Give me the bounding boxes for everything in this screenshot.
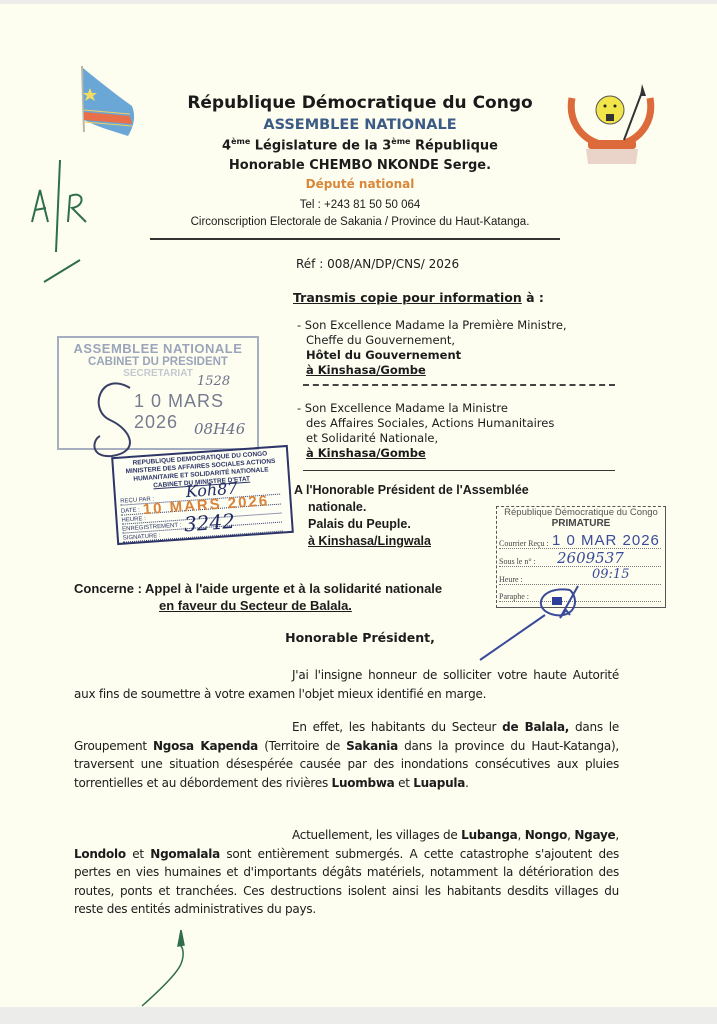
deputy-title: Député national (130, 177, 590, 191)
deputy-name: Honorable CHEMBO NKONDE Serge. (130, 158, 590, 173)
ministere-reception-stamp: REPUBLIQUE DEMOCRATIQUE DU CONGO MINISTE… (111, 445, 294, 545)
paragraph-3: Actuellement, les villages de Lubanga, N… (74, 826, 619, 919)
addressee-block: A l'Honorable Président de l'Assemblée n… (294, 482, 529, 550)
legislature-line: 4ème Législature de la 3ème République (130, 137, 590, 153)
salutation: Honorable Président, (60, 630, 660, 645)
recipient-1: - Son Excellence Madame la Première Mini… (297, 318, 567, 378)
stamp-time: 08H46 (194, 420, 245, 438)
margin-note-ar-icon (32, 160, 86, 282)
transmis-heading: Transmis copie pour information à : (293, 290, 544, 305)
paragraph-1: J'ai l'insigne honneur de solliciter vot… (74, 666, 619, 703)
assemblee-reception-stamp: ASSEMBLEE NATIONALE CABINET DU PRESIDENT… (57, 336, 259, 450)
stamp-date: 1 0 MAR 2026 (552, 532, 660, 549)
header-divider (150, 238, 560, 240)
paragraph-2: En effet, les habitants du Secteur de Ba… (74, 718, 619, 792)
bottom-initial-icon (142, 930, 184, 1006)
bottom-band (0, 1007, 717, 1024)
top-band (0, 0, 717, 4)
phone-number: Tel : +243 81 50 50 064 (130, 199, 590, 211)
subject-block: Concerne : Appel à l'aide urgente et à l… (74, 580, 442, 614)
stamp-received-by: Koh87 (185, 479, 238, 502)
primature-reception-stamp: République Démocratique du Congo PRIMATU… (496, 506, 666, 608)
recipient-separator (303, 384, 615, 386)
reference-number: Réf : 008/AN/DP/CNS/ 2026 (296, 257, 459, 271)
country-name: République Démocratique du Congo (130, 93, 590, 113)
recipient-divider (303, 470, 615, 471)
recipient-2: - Son Excellence Madame la Ministre des … (297, 401, 554, 461)
stamp-time: 09:15 (592, 567, 629, 582)
stamp-number: 2609537 (557, 549, 624, 567)
stamp-number: 1528 (197, 374, 230, 389)
circonscription: Circonscription Electorale de Sakania / … (130, 216, 590, 228)
stamp-registration: 3242 (183, 509, 235, 536)
assembly-name: ASSEMBLEE NATIONALE (130, 117, 590, 133)
